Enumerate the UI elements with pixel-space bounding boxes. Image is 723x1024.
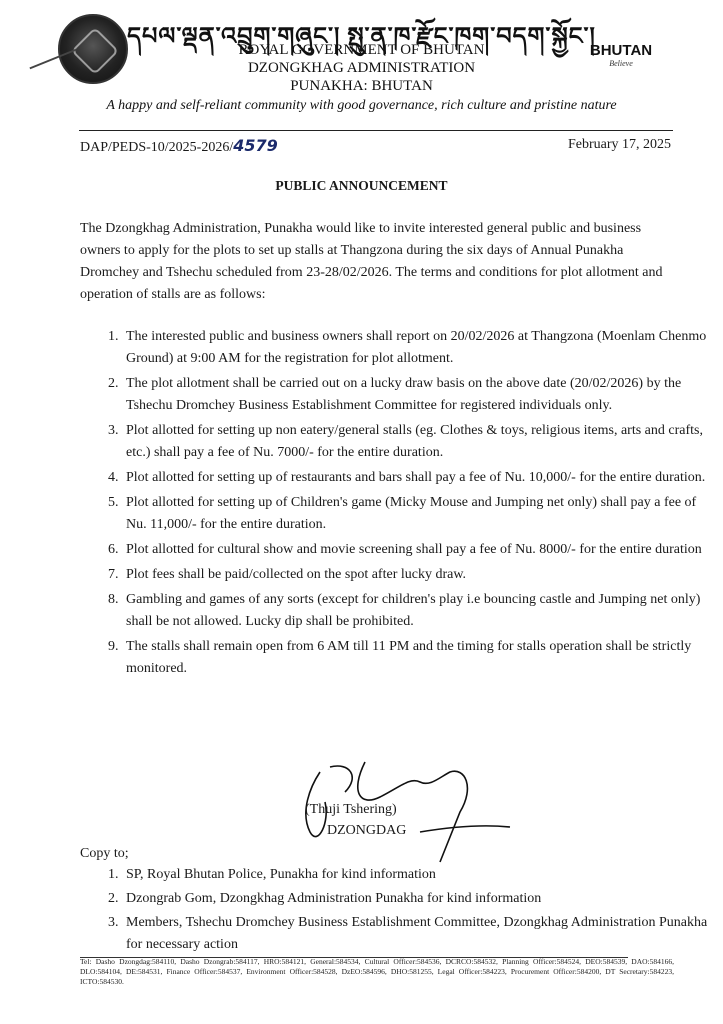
header-divider bbox=[79, 130, 673, 131]
term-item: The plot allotment shall be carried out … bbox=[122, 373, 716, 417]
brand-name: BHUTAN bbox=[586, 42, 656, 59]
reference-prefix: DAP/PEDS-10/2025-2026/ bbox=[80, 140, 233, 155]
header-line-location: PUNAKHA: BHUTAN bbox=[0, 78, 723, 95]
document-title: PUBLIC ANNOUNCEMENT bbox=[0, 178, 723, 194]
term-item: Plot allotted for cultural show and movi… bbox=[122, 539, 716, 561]
letter-date: February 17, 2025 bbox=[568, 137, 671, 153]
brand-tagline: Believe bbox=[586, 59, 656, 68]
terms-list: The interested public and business owner… bbox=[80, 326, 716, 683]
reference-number: DAP/PEDS-10/2025-2026/4579 bbox=[80, 136, 278, 156]
signer-name: (Thuji Tshering) bbox=[305, 802, 397, 818]
bhutan-brand-logo: BHUTAN Believe bbox=[586, 42, 656, 68]
intro-paragraph: The Dzongkhag Administration, Punakha wo… bbox=[80, 218, 674, 306]
term-item: Plot fees shall be paid/collected on the… bbox=[122, 564, 716, 586]
copy-to-list: SP, Royal Bhutan Police, Punakha for kin… bbox=[80, 864, 716, 958]
term-item: Plot allotted for setting up non eatery/… bbox=[122, 420, 716, 464]
motto: A happy and self-reliant community with … bbox=[0, 98, 723, 114]
term-item: Gambling and games of any sorts (except … bbox=[122, 589, 716, 633]
term-item: The interested public and business owner… bbox=[122, 326, 716, 370]
term-item: Plot allotted for setting up of Children… bbox=[122, 492, 716, 536]
handwritten-number: 4579 bbox=[233, 136, 278, 155]
copy-to-item: SP, Royal Bhutan Police, Punakha for kin… bbox=[122, 864, 716, 886]
signer-designation: DZONGDAG bbox=[327, 823, 406, 839]
copy-to-item: Members, Tshechu Dromchey Business Estab… bbox=[122, 912, 716, 956]
footer-contacts: Tel: Dasho Dzongdag:584110, Dasho Dzongr… bbox=[80, 957, 674, 987]
copy-to-label: Copy to; bbox=[80, 846, 129, 862]
term-item: Plot allotted for setting up of restaura… bbox=[122, 467, 716, 489]
copy-to-item: Dzongrab Gom, Dzongkhag Administration P… bbox=[122, 888, 716, 910]
term-item: The stalls shall remain open from 6 AM t… bbox=[122, 636, 716, 680]
